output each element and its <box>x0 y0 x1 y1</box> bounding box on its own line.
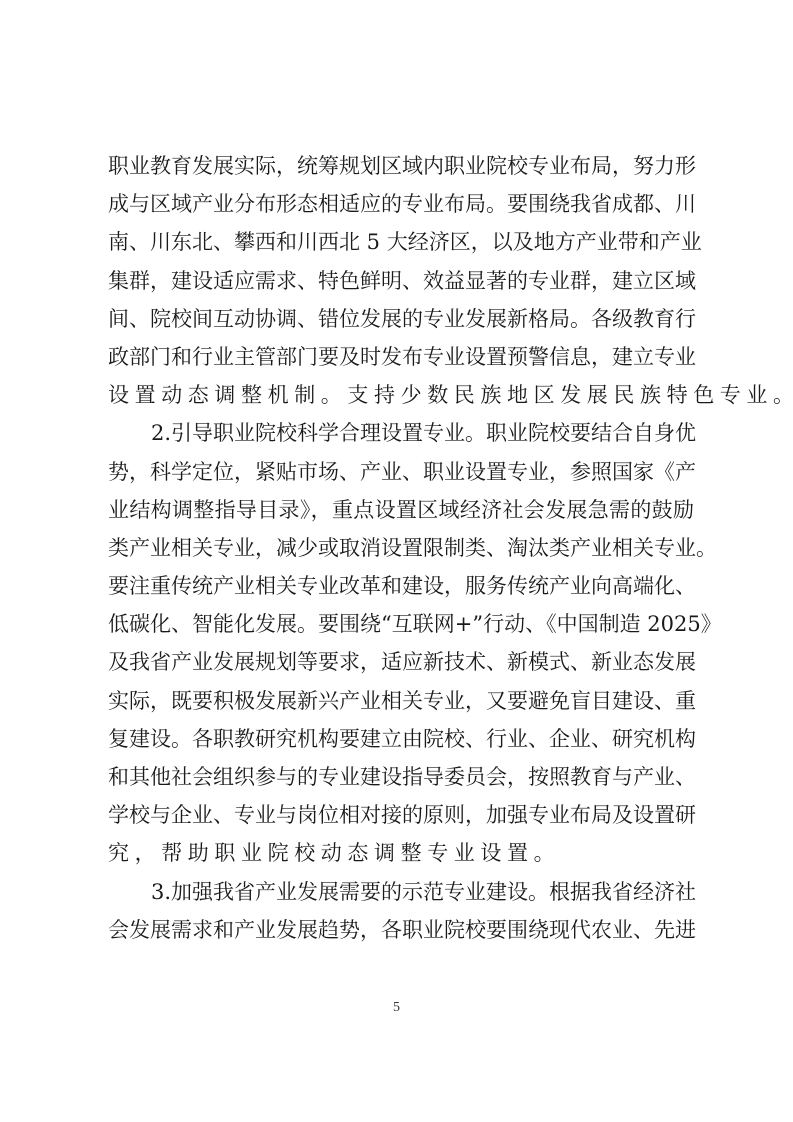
document-page: 职业教育发展实际，统筹规划区域内职业院校专业布局，努力形 成与区域产业分布形态相… <box>0 0 793 1122</box>
text-line: 类产业相关专业，减少或取消设置限制类、淘汰类产业相关专业。 <box>108 529 694 567</box>
text-line: 3.加强我省产业发展需要的示范专业建设。根据我省经济社 <box>108 873 694 911</box>
text-line: 实际，既要积极发展新兴产业相关专业，又要避免盲目建设、重 <box>108 682 694 720</box>
paragraph-2: 2.引导职业院校科学合理设置专业。职业院校要结合自身优 势，科学定位，紧贴市场、… <box>108 414 698 872</box>
text-line: 及我省产业发展规划等要求，适应新技术、新模式、新业态发展 <box>108 643 694 681</box>
paragraph-3: 3.加强我省产业发展需要的示范专业建设。根据我省经济社 会发展需求和产业发展趋势… <box>108 873 698 949</box>
text-line: 要注重传统产业相关专业改革和建设，服务传统产业向高端化、 <box>108 567 694 605</box>
text-line: 学校与企业、专业与岗位相对接的原则，加强专业布局及设置研 <box>108 796 694 834</box>
text-line: 低碳化、智能化发展。要围绕“互联网+”行动、《中国制造 2025》 <box>108 605 694 643</box>
text-line: 设置动态调整机制。支持少数民族地区发展民族特色专业。 <box>108 376 694 414</box>
body-text: 职业教育发展实际，统筹规划区域内职业院校专业布局，努力形 成与区域产业分布形态相… <box>108 147 698 949</box>
text-line: 政部门和行业主管部门要及时发布专业设置预警信息，建立专业 <box>108 338 694 376</box>
text-line: 间、院校间互动协调、错位发展的专业发展新格局。各级教育行 <box>108 300 694 338</box>
text-line: 和其他社会组织参与的专业建设指导委员会，按照教育与产业、 <box>108 758 694 796</box>
text-line: 集群，建设适应需求、特色鲜明、效益显著的专业群，建立区域 <box>108 262 694 300</box>
text-line: 职业教育发展实际，统筹规划区域内职业院校专业布局，努力形 <box>108 147 694 185</box>
text-line: 究，帮助职业院校动态调整专业设置。 <box>108 834 694 872</box>
text-line: 复建设。各职教研究机构要建立由院校、行业、企业、研究机构 <box>108 720 694 758</box>
text-line: 成与区域产业分布形态相适应的专业布局。要围绕我省成都、川 <box>108 185 694 223</box>
paragraph-1: 职业教育发展实际，统筹规划区域内职业院校专业布局，努力形 成与区域产业分布形态相… <box>108 147 698 414</box>
text-line: 势，科学定位，紧贴市场、产业、职业设置专业，参照国家《产 <box>108 453 694 491</box>
text-line: 会发展需求和产业发展趋势，各职业院校要围绕现代农业、先进 <box>108 911 694 949</box>
text-line: 南、川东北、攀西和川西北 5 大经济区，以及地方产业带和产业 <box>108 223 694 261</box>
text-line: 2.引导职业院校科学合理设置专业。职业院校要结合自身优 <box>108 414 694 452</box>
page-number: 5 <box>0 1000 793 1016</box>
text-line: 业结构调整指导目录》，重点设置区域经济社会发展急需的鼓励 <box>108 491 694 529</box>
